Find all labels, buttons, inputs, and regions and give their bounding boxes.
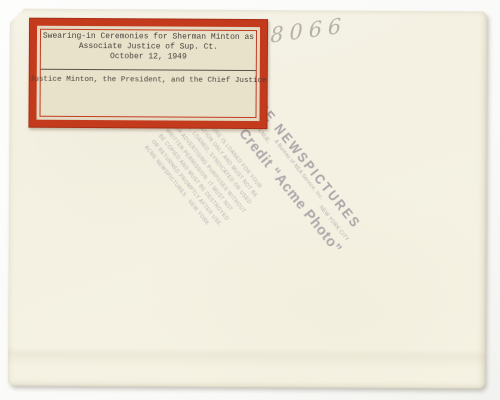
stamp-fine-print-line: OR RETURNED PROMPTLY AFTER USE.	[148, 139, 249, 262]
caption-label-card: Swearing-in Ceremonies for Sherman Minto…	[36, 26, 260, 121]
stamp-address-right: NEW YORK CITY	[318, 205, 350, 243]
caption-divider-rule	[40, 69, 257, 71]
caption-label: Swearing-in Ceremonies for Sherman Minto…	[28, 18, 268, 129]
stamp-fine-print-line: WRITTEN PERMISSION. IT MUST NOT	[162, 127, 263, 250]
scanned-photo-back: ACME NEWSPICTURES A Bureau of NEA Servic…	[0, 0, 500, 400]
photo-paper: ACME NEWSPICTURES A Bureau of NEA Servic…	[8, 9, 487, 389]
stamp-fine-print-line: BE COPIED AND MUST BE DESTROYED	[155, 133, 256, 256]
stamp-credit-line: Credit “Acme Photo”	[235, 125, 346, 257]
stamp-bureau-text: A Bureau of NEA Service, Inc.	[273, 139, 325, 201]
stamp-fine-print-line: SOLD, LOANED, SYNDICATED OR USED	[177, 116, 278, 239]
stamp-fine-print-line: ACME NEWSPICTURES · NEW YORK	[141, 144, 242, 267]
caption-date-line: October 12, 1949	[37, 52, 260, 63]
handwritten-number: 8066	[270, 13, 347, 48]
photo-paper-surface: ACME NEWSPICTURES A Bureau of NEA Servic…	[8, 9, 487, 389]
stamp-fine-print-line: FOR ADVERTISING PURPOSES WITHOUT	[169, 121, 270, 244]
caption-subjects-line: Justice Minton, the President, and the C…	[30, 75, 267, 86]
